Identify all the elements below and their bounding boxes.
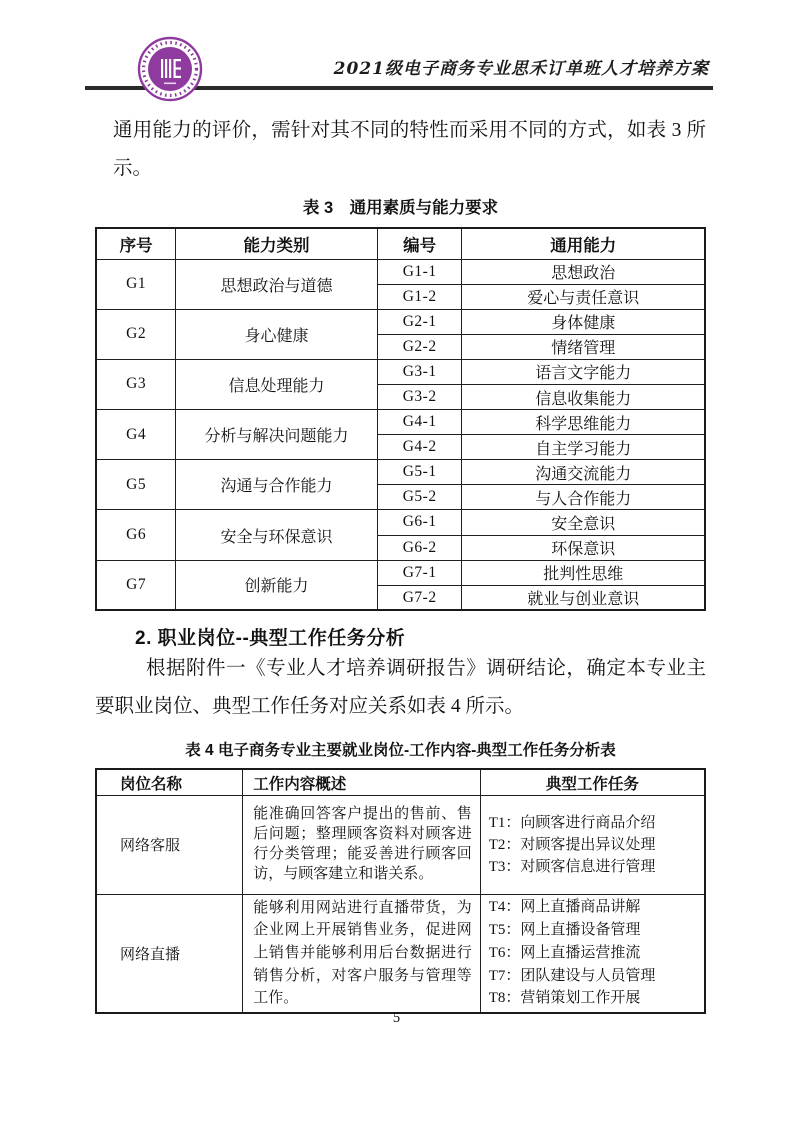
code-cell: G5-2 bbox=[377, 485, 462, 510]
col-header-tasks: 典型工作任务 bbox=[480, 769, 705, 795]
code-cell: G2-2 bbox=[377, 334, 462, 359]
code-cell: G3-2 bbox=[377, 384, 462, 409]
category-cell: 思想政治与道德 bbox=[176, 259, 378, 309]
ability-cell: 与人合作能力 bbox=[462, 485, 705, 510]
table-row: 网络直播 能够利用网站进行直播带货，为企业网上开展销售业务，促进网上销售并能够利… bbox=[96, 894, 705, 1012]
section-heading: 2. 职业岗位--典型工作任务分析 bbox=[95, 623, 706, 650]
code-cell: G1-1 bbox=[377, 259, 462, 284]
seq-cell: G4 bbox=[96, 410, 176, 460]
ability-cell: 就业与创业意识 bbox=[462, 585, 705, 610]
table-header-row: 岗位名称 工作内容概述 典型工作任务 bbox=[96, 769, 705, 795]
page-content: 通用能力的评价，需针对其不同的特性而采用不同的方式，如表 3 所示。 表 3 通… bbox=[95, 104, 706, 1014]
col-header-seq: 序号 bbox=[96, 228, 176, 259]
seq-cell: G7 bbox=[96, 560, 176, 610]
code-cell: G1-2 bbox=[377, 284, 462, 309]
category-cell: 身心健康 bbox=[176, 309, 378, 359]
ability-cell: 批判性思维 bbox=[462, 560, 705, 585]
ability-cell: 自主学习能力 bbox=[462, 435, 705, 460]
intro-paragraph: 通用能力的评价，需针对其不同的特性而采用不同的方式，如表 3 所示。 bbox=[95, 112, 706, 188]
seq-cell: G3 bbox=[96, 359, 176, 409]
ability-cell: 科学思维能力 bbox=[462, 410, 705, 435]
task-item: T1：向顾客进行商品介绍 bbox=[489, 812, 704, 834]
ability-cell: 情绪管理 bbox=[462, 334, 705, 359]
task-item: T8：营销策划工作开展 bbox=[489, 987, 704, 1010]
tasks-cell: T1：向顾客进行商品介绍 T2：对顾客提出异议处理 T3：对顾客信息进行管理 bbox=[480, 795, 705, 894]
code-cell: G3-1 bbox=[377, 359, 462, 384]
college-emblem-icon bbox=[137, 36, 203, 102]
category-cell: 沟通与合作能力 bbox=[176, 460, 378, 510]
document-header-title: 2021级电子商务专业思禾订单班人才培养方案 bbox=[334, 54, 709, 79]
col-header-category: 能力类别 bbox=[176, 228, 378, 259]
task-item: T5：网上直播设备管理 bbox=[489, 919, 704, 942]
table-general-abilities: 序号 能力类别 编号 通用能力 G1 思想政治与道德 G1-1 思想政治 G1-… bbox=[95, 227, 706, 611]
code-cell: G6-1 bbox=[377, 510, 462, 535]
code-cell: G4-1 bbox=[377, 410, 462, 435]
table-job-tasks: 岗位名称 工作内容概述 典型工作任务 网络客服 能准确回答客户提出的售前、售后问… bbox=[95, 768, 706, 1013]
code-cell: G4-2 bbox=[377, 435, 462, 460]
category-cell: 分析与解决问题能力 bbox=[176, 410, 378, 460]
ability-cell: 信息收集能力 bbox=[462, 384, 705, 409]
task-item: T2：对顾客提出异议处理 bbox=[489, 834, 704, 856]
code-cell: G7-1 bbox=[377, 560, 462, 585]
category-cell: 创新能力 bbox=[176, 560, 378, 610]
task-item: T6：网上直播运营推流 bbox=[489, 942, 704, 965]
table-row: G2 身心健康 G2-1 身体健康 bbox=[96, 309, 705, 334]
task-item: T7：团队建设与人员管理 bbox=[489, 965, 704, 988]
ability-cell: 身体健康 bbox=[462, 309, 705, 334]
ability-cell: 思想政治 bbox=[462, 259, 705, 284]
table-row: G3 信息处理能力 G3-1 语言文字能力 bbox=[96, 359, 705, 384]
tasks-cell: T4：网上直播商品讲解 T5：网上直播设备管理 T6：网上直播运营推流 T7：团… bbox=[480, 894, 705, 1012]
document-page: 2021级电子商务专业思禾订单班人才培养方案 通用能力的评价，需针对其不同的特性… bbox=[0, 0, 793, 1122]
position-cell: 网络直播 bbox=[96, 894, 243, 1012]
col-header-position: 岗位名称 bbox=[96, 769, 243, 795]
code-cell: G6-2 bbox=[377, 535, 462, 560]
table-row: 网络客服 能准确回答客户提出的售前、售后问题；整理顾客资料对顾客进行分类管理；能… bbox=[96, 795, 705, 894]
table4-caption: 表 4 电子商务专业主要就业岗位-工作内容-典型工作任务分析表 bbox=[95, 738, 706, 760]
task-item: T3：对顾客信息进行管理 bbox=[489, 856, 704, 878]
seq-cell: G6 bbox=[96, 510, 176, 560]
category-cell: 安全与环保意识 bbox=[176, 510, 378, 560]
section-paragraph: 根据附件一《专业人才培养调研报告》调研结论，确定本专业主要职业岗位、典型工作任务… bbox=[95, 650, 706, 726]
code-cell: G5-1 bbox=[377, 460, 462, 485]
task-item: T4：网上直播商品讲解 bbox=[489, 896, 704, 919]
table3-caption: 表 3 通用素质与能力要求 bbox=[95, 194, 706, 218]
table-row: G7 创新能力 G7-1 批判性思维 bbox=[96, 560, 705, 585]
ability-cell: 爱心与责任意识 bbox=[462, 284, 705, 309]
col-header-ability: 通用能力 bbox=[462, 228, 705, 259]
table-header-row: 序号 能力类别 编号 通用能力 bbox=[96, 228, 705, 259]
page-number: 5 bbox=[0, 1010, 793, 1027]
category-cell: 信息处理能力 bbox=[176, 359, 378, 409]
ability-cell: 安全意识 bbox=[462, 510, 705, 535]
seq-cell: G2 bbox=[96, 309, 176, 359]
seq-cell: G1 bbox=[96, 259, 176, 309]
description-cell: 能够利用网站进行直播带货，为企业网上开展销售业务，促进网上销售并能够利用后台数据… bbox=[243, 894, 481, 1012]
code-cell: G7-2 bbox=[377, 585, 462, 610]
col-header-description: 工作内容概述 bbox=[243, 769, 481, 795]
table-row: G6 安全与环保意识 G6-1 安全意识 bbox=[96, 510, 705, 535]
ability-cell: 沟通交流能力 bbox=[462, 460, 705, 485]
description-cell: 能准确回答客户提出的售前、售后问题；整理顾客资料对顾客进行分类管理；能妥善进行顾… bbox=[243, 795, 481, 894]
position-cell: 网络客服 bbox=[96, 795, 243, 894]
code-cell: G2-1 bbox=[377, 309, 462, 334]
ability-cell: 环保意识 bbox=[462, 535, 705, 560]
table-row: G4 分析与解决问题能力 G4-1 科学思维能力 bbox=[96, 410, 705, 435]
seq-cell: G5 bbox=[96, 460, 176, 510]
table-row: G5 沟通与合作能力 G5-1 沟通交流能力 bbox=[96, 460, 705, 485]
ability-cell: 语言文字能力 bbox=[462, 359, 705, 384]
table-row: G1 思想政治与道德 G1-1 思想政治 bbox=[96, 259, 705, 284]
col-header-code: 编号 bbox=[377, 228, 462, 259]
college-logo-icon bbox=[137, 36, 203, 102]
